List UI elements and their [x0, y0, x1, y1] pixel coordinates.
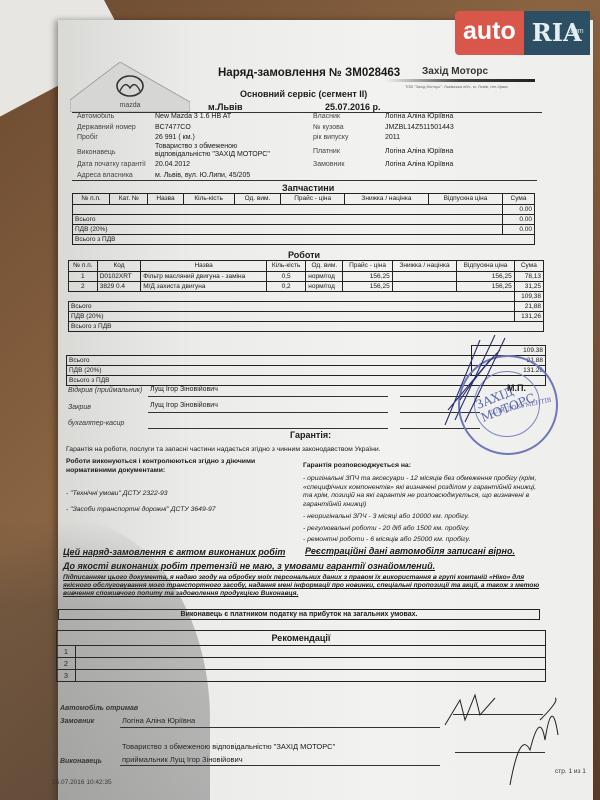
column-header: № п.п.	[69, 261, 98, 272]
signature-scribble-icon	[440, 330, 520, 430]
recommendation-row: 3	[57, 670, 546, 682]
watermark-auto: auto	[455, 11, 524, 55]
vin: JMZBL14Z511501443	[385, 124, 454, 131]
works-table: № п.п.КодНазваКіль-кістьОд. вим.Прайс - …	[68, 260, 544, 332]
closed-by: Лущ Ігор Зіновійович	[150, 402, 218, 409]
owner-address: м. Львів, вул. Ю.Липи, 45/205	[155, 172, 250, 179]
column-header: Од. вим.	[234, 194, 281, 205]
table-row: 23829 0.4М/Д захиста двигуна0,2норм/год1…	[69, 282, 544, 292]
plate-number: BC7477CO	[155, 124, 191, 131]
year: 2011	[385, 134, 400, 141]
recommendations-table: Рекомендації 1 2 3	[56, 630, 546, 682]
customer-name: Логіна Аліна Юріївна	[122, 716, 195, 725]
column-header: Код	[97, 261, 141, 272]
act-statement: Цей наряд-замовлення є актом виконаних р…	[63, 547, 285, 557]
column-header: Знижка / націнка	[345, 194, 429, 205]
column-header: Сума	[503, 194, 535, 205]
column-header: Прайс - ціна	[281, 194, 345, 205]
parts-table: № п.п.Кат. №НазваКіль-кістьОд. вим.Прайс…	[72, 193, 535, 245]
column-header: Відпускна ціна	[457, 261, 514, 272]
order-city: м.Львів	[208, 102, 243, 112]
column-header: Кіль-кість	[266, 261, 305, 272]
column-header: Назва	[141, 261, 267, 272]
column-header: Назва	[148, 194, 183, 205]
consent-text: Підписанням цього документа, я надаю зго…	[63, 574, 543, 599]
mileage: 26 991 ( км.)	[155, 134, 195, 141]
divider	[72, 112, 542, 113]
recommendation-row: 2	[57, 658, 546, 670]
mazda-logo-icon: mazda	[70, 62, 190, 112]
payer: Логіна Аліна Юріївна	[385, 148, 453, 155]
column-header: Од. вим.	[306, 261, 343, 272]
recommendation-row: 1	[57, 646, 546, 658]
car-model: New Mazda 3 1.6 HB AT	[155, 113, 231, 120]
svg-text:mazda: mazda	[119, 102, 140, 109]
contractor-line1: Товариство з обмеженою відповідальністю …	[122, 742, 335, 751]
warranty-start: 20.04.2012	[155, 161, 190, 168]
owner: Логіна Аліна Юріївна	[385, 113, 453, 120]
contractor-line2: приймальник Лущ Ігор Зіновійович	[122, 755, 243, 764]
signature-scribble-icon	[440, 690, 500, 730]
column-header: Відпускна ціна	[428, 194, 502, 205]
signature-scribble-icon	[500, 690, 570, 790]
column-header: Прайс - ціна	[343, 261, 392, 272]
column-header: Знижка / націнка	[392, 261, 457, 272]
warranty-title: Гарантія:	[290, 430, 331, 440]
company-address: ТОВ "Захід Моторс", Львівська обл., м. Л…	[405, 84, 525, 89]
watermark-ria: RIA.com	[524, 11, 590, 55]
company-name: Захід Моторс	[422, 66, 488, 77]
opened-by: Лущ Ігор Зіновійович	[150, 386, 218, 393]
contractor: Товариство з обмеженою відповідальністю …	[155, 143, 285, 159]
norms-heading: Роботи виконуються і контролюються згідн…	[66, 457, 256, 475]
works-title: Роботи	[288, 250, 320, 260]
autoria-watermark: auto RIA.com	[455, 11, 590, 55]
column-header: Кіль-кість	[183, 194, 234, 205]
order-title: Наряд-замовлення № ЗМ028463	[218, 67, 400, 79]
company-logo-stripe	[385, 79, 535, 82]
customer: Логіна Аліна Юріївна	[385, 161, 453, 168]
print-timestamp: 25.07.2016 10:42:35	[52, 779, 112, 786]
table-row: 1D0102XRTФільтр масляний двигуна - замін…	[69, 272, 544, 282]
warranty-scope-heading: Гарантія розповсюджується на:	[303, 462, 411, 469]
column-header: Сума	[514, 261, 543, 272]
order-date: 25.07.2016 р.	[325, 102, 381, 112]
parts-title: Запчастини	[282, 183, 334, 193]
column-header: Кат. №	[110, 194, 148, 205]
no-claims-statement: До якості виконаних робіт претензій не м…	[63, 561, 435, 571]
column-header: № п.п.	[73, 194, 110, 205]
tax-note: Виконавець є платником податку на прибут…	[58, 609, 540, 620]
registration-statement: Реєстраційні дані автомобіля записані ві…	[305, 546, 515, 556]
divider	[72, 180, 537, 181]
order-subtitle: Основний сервіс (сегмент II)	[240, 89, 367, 99]
warranty-intro: Гарантія на роботи, послуги та запасні ч…	[66, 446, 381, 453]
